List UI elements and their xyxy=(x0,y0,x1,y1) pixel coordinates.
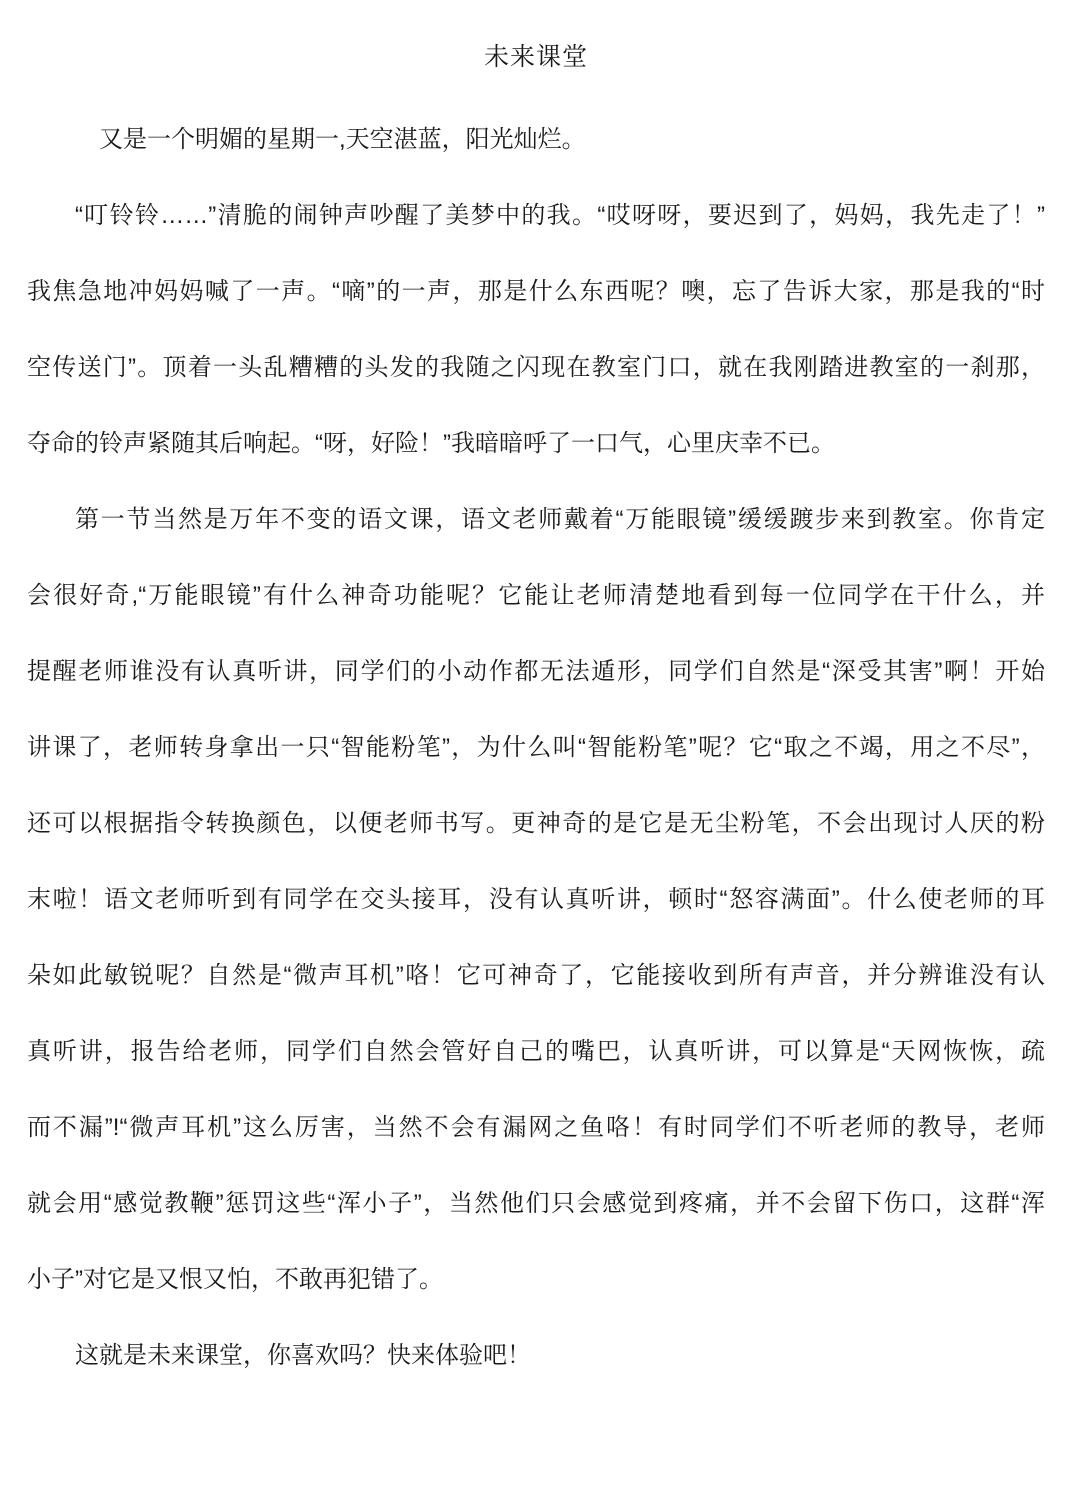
paragraph: “叮铃铃……”清脆的闹钟声吵醒了美梦中的我。“哎呀呀，要迟到了，妈妈，我先走了！… xyxy=(27,178,1045,482)
text-line: 讲课了，老师转身拿出一只“智能粉笔”，为什么叫“智能粉笔”呢？它“取之不竭，用之… xyxy=(27,710,1045,786)
text-line: 朵如此敏锐呢？自然是“微声耳机”咯！它可神奇了，它能接收到所有声音，并分辨谁没有… xyxy=(27,938,1045,1014)
text-line: 会很好奇,“万能眼镜”有什么神奇功能呢？它能让老师清楚地看到每一位同学在干什么，… xyxy=(27,558,1045,634)
text-line: 我焦急地冲妈妈喊了一声。“嘀”的一声，那是什么东西呢？噢，忘了告诉大家，那是我的… xyxy=(27,254,1045,330)
text-line: 这就是未来课堂，你喜欢吗？快来体验吧！ xyxy=(27,1318,1045,1394)
document-page: 未来课堂 又是一个明媚的星期一,天空湛蓝，阳光灿烂。“叮铃铃……”清脆的闹钟声吵… xyxy=(0,0,1080,1497)
text-line: 真听讲，报告给老师，同学们自然会管好自己的嘴巴，认真听讲，可以算是“天网恢恢，疏 xyxy=(27,1014,1045,1090)
paragraph: 这就是未来课堂，你喜欢吗？快来体验吧！ xyxy=(27,1318,1045,1394)
text-line: 末啦！语文老师听到有同学在交头接耳，没有认真听讲，顿时“怒容满面”。什么使老师的… xyxy=(27,862,1045,938)
text-line: 第一节当然是万年不变的语文课，语文老师戴着“万能眼镜”缓缓踱步来到教室。你肯定 xyxy=(27,482,1045,558)
text-line: 小子”对它是又恨又怕，不敢再犯错了。 xyxy=(27,1242,1045,1318)
text-line: 提醒老师谁没有认真听讲，同学们的小动作都无法遁形，同学们自然是“深受其害”啊！开… xyxy=(27,634,1045,710)
paragraph: 第一节当然是万年不变的语文课，语文老师戴着“万能眼镜”缓缓踱步来到教室。你肯定会… xyxy=(27,482,1045,1318)
text-line: “叮铃铃……”清脆的闹钟声吵醒了美梦中的我。“哎呀呀，要迟到了，妈妈，我先走了！… xyxy=(27,178,1045,254)
paragraph: 又是一个明媚的星期一,天空湛蓝，阳光灿烂。 xyxy=(27,102,1045,178)
text-line: 还可以根据指令转换颜色，以便老师书写。更神奇的是它是无尘粉笔，不会出现讨人厌的粉 xyxy=(27,786,1045,862)
text-line: 空传送门”。顶着一头乱糟糟的头发的我随之闪现在教室门口，就在我刚踏进教室的一刹那… xyxy=(27,330,1045,406)
text-line: 夺命的铃声紧随其后响起。“呀，好险！”我暗暗呼了一口气，心里庆幸不已。 xyxy=(27,406,1045,482)
text-line: 就会用“感觉教鞭”惩罚这些“浑小子”，当然他们只会感觉到疼痛，并不会留下伤口，这… xyxy=(27,1166,1045,1242)
document-body: 又是一个明媚的星期一,天空湛蓝，阳光灿烂。“叮铃铃……”清脆的闹钟声吵醒了美梦中… xyxy=(27,102,1045,1394)
text-line: 又是一个明媚的星期一,天空湛蓝，阳光灿烂。 xyxy=(27,102,1045,178)
document-title: 未来课堂 xyxy=(27,19,1045,95)
text-line: 而不漏”!“微声耳机”这么厉害，当然不会有漏网之鱼咯！有时同学们不听老师的教导，… xyxy=(27,1090,1045,1166)
